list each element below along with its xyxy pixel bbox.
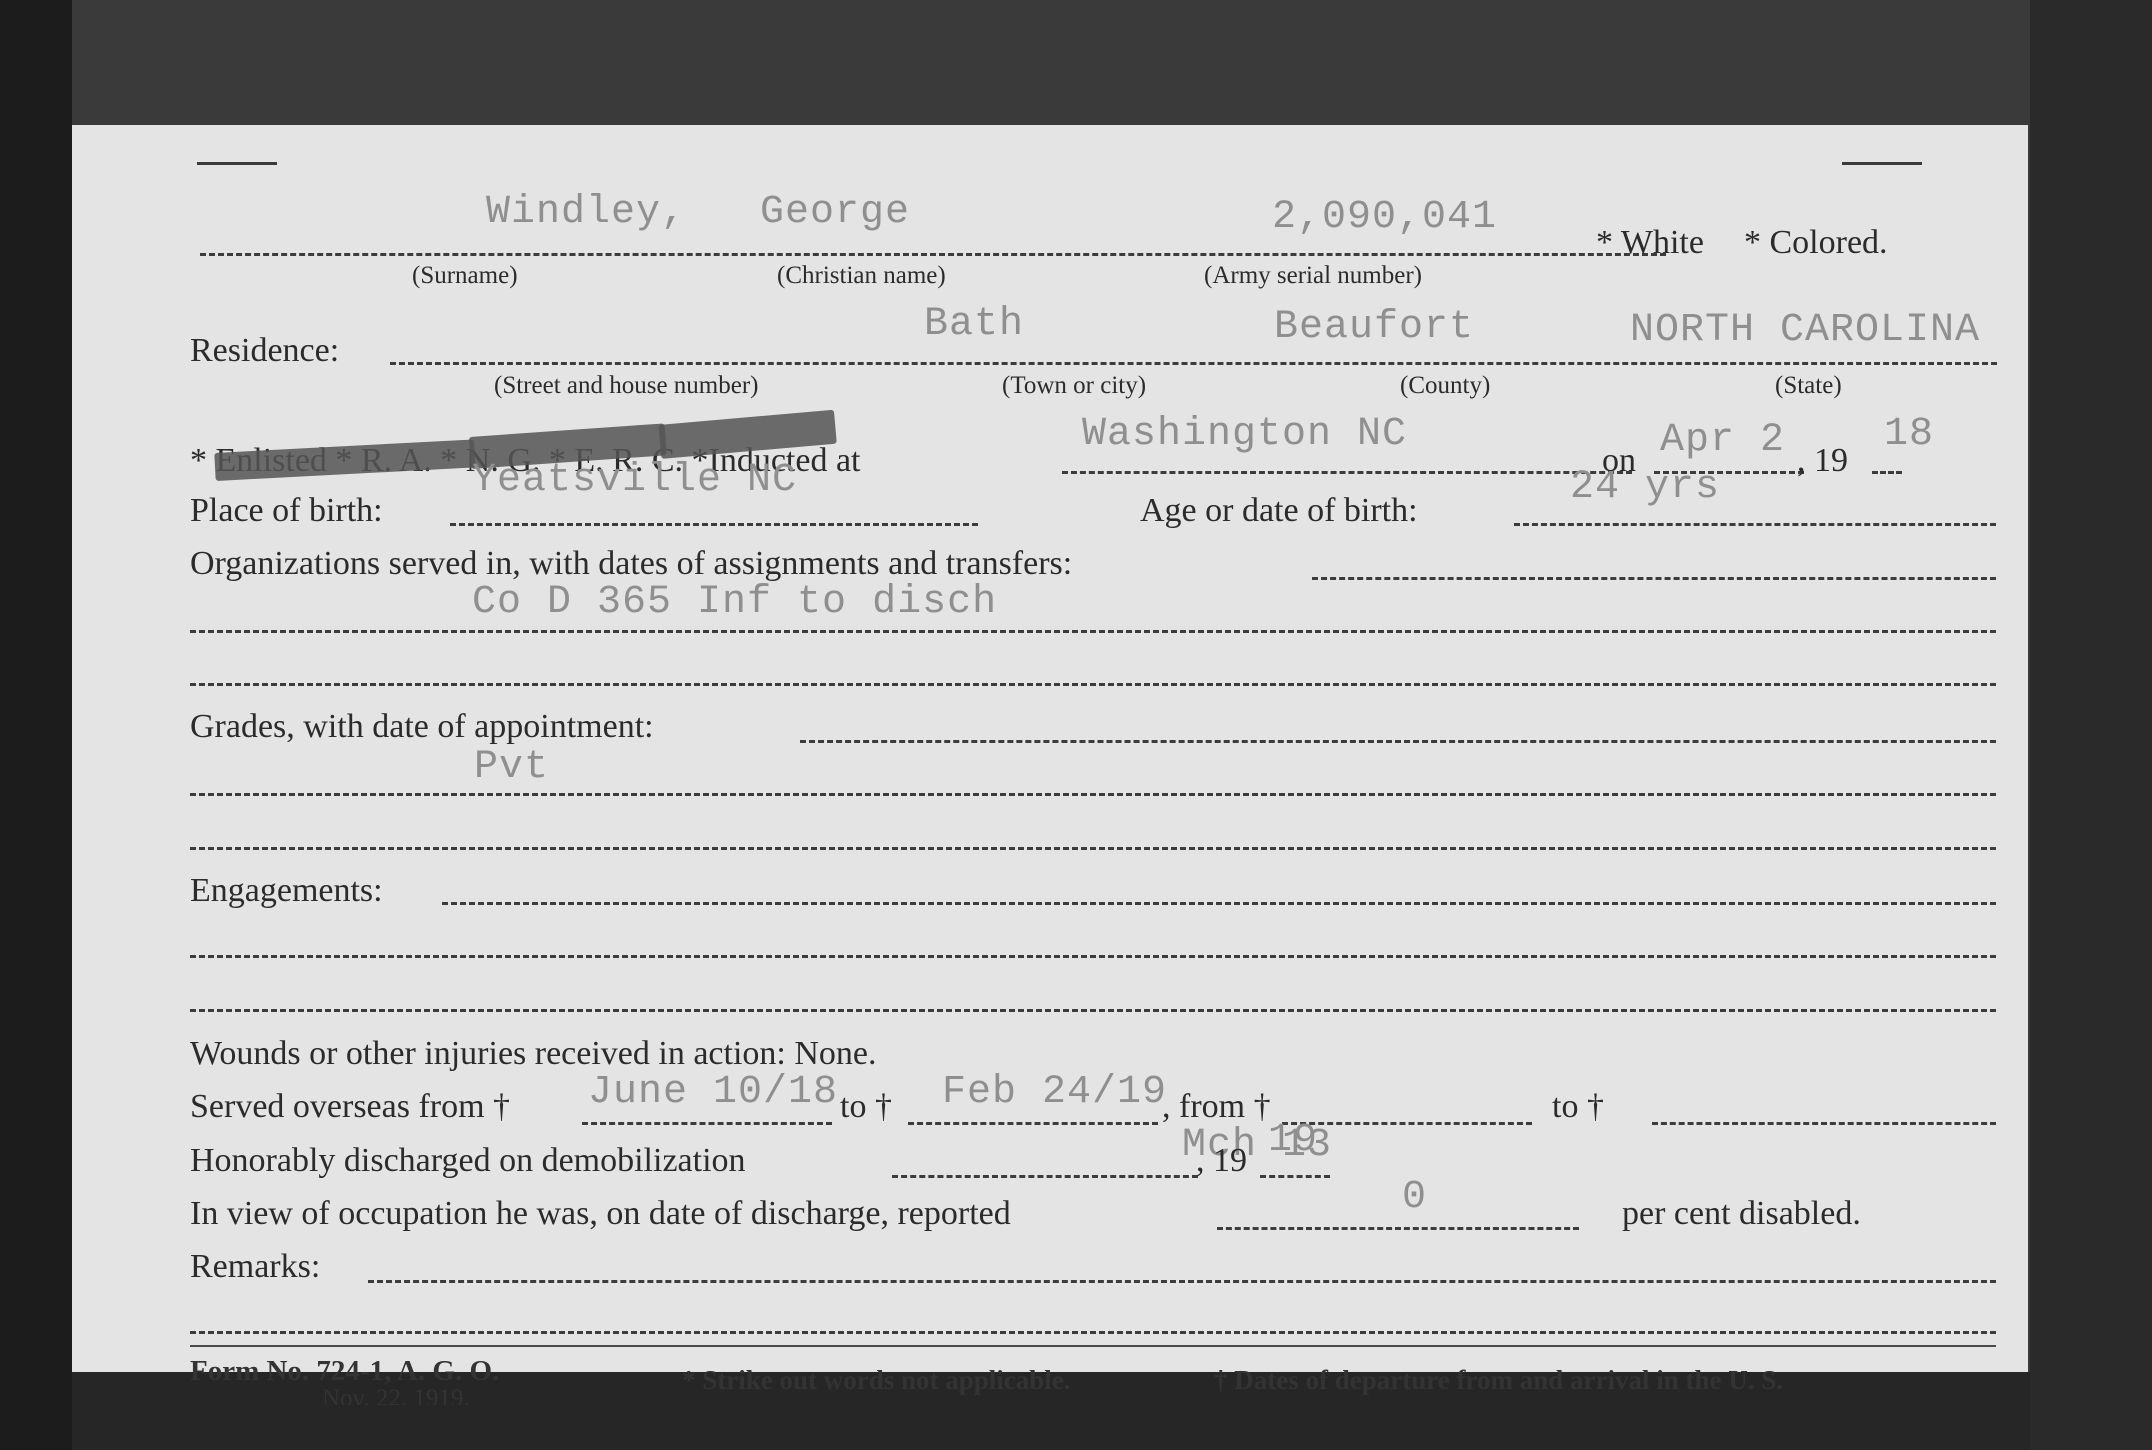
age-value: 24 yrs (1570, 465, 1720, 510)
induction-date: Apr 2 (1660, 418, 1785, 463)
street-caption: (Street and house number) (494, 372, 759, 400)
discharge-year-line (1260, 1175, 1330, 1178)
service-record-card: Windley, George 2,090,041 * White * Colo… (72, 125, 2028, 1372)
grades-label: Grades, with date of appointment: (190, 708, 654, 746)
grades-line (800, 740, 1996, 743)
organizations-line (190, 683, 1996, 686)
overseas-arrival-1: Feb 24/19 (942, 1070, 1167, 1115)
residence-county: Beaufort (1274, 305, 1474, 350)
serial-caption: (Army serial number) (1204, 262, 1422, 290)
overseas-from-label-2: , from † (1162, 1088, 1271, 1126)
engagements-line (190, 1009, 1996, 1012)
discharge-year-suffix: 19 (1268, 1118, 1318, 1163)
name-line (200, 253, 1666, 256)
overseas-departure-1: June 10/18 (588, 1070, 838, 1115)
place-of-birth-label: Place of birth: (190, 492, 383, 530)
engagements-label: Engagements: (190, 872, 383, 910)
race-white-option: * White (1596, 224, 1704, 262)
residence-line (390, 362, 1997, 365)
disability-percent: 0 (1402, 1175, 1427, 1220)
discharge-date-line (892, 1175, 1198, 1178)
top-right-mark (1842, 162, 1922, 165)
overseas-to-line-2 (1652, 1122, 1996, 1125)
overseas-to-label-2: to † (1552, 1088, 1604, 1126)
wounds-label: Wounds or other injuries received in act… (190, 1035, 877, 1073)
surname-value: Windley, (486, 190, 686, 235)
scan-right-edge (2030, 0, 2152, 1450)
discharge-label: Honorably discharged on demobilization (190, 1142, 746, 1180)
remarks-line (190, 1331, 1996, 1334)
disability-line (1217, 1227, 1579, 1230)
race-colored-option: * Colored. (1744, 224, 1888, 262)
induction-year-prefix: , 19 (1797, 442, 1848, 480)
discharge-year-prefix: , 19 (1196, 1142, 1247, 1180)
engagements-line (442, 902, 1996, 905)
surname-caption: (Surname) (412, 262, 518, 290)
county-caption: (County) (1400, 372, 1490, 400)
inducted-at-value: Washington NC (1082, 412, 1407, 457)
place-of-birth-value: Yeatsville NC (472, 458, 797, 503)
remarks-label: Remarks: (190, 1248, 320, 1286)
induction-year-line (1872, 471, 1902, 474)
residence-label: Residence: (190, 332, 339, 370)
serial-number-value: 2,090,041 (1272, 195, 1497, 240)
christian-name-caption: (Christian name) (777, 262, 946, 290)
footer-rule (190, 1345, 1996, 1347)
age-line (1514, 523, 1996, 526)
scan-left-edge (0, 0, 72, 1450)
footnote-dates: † Dates of departure from and arrival in… (1214, 1365, 1783, 1396)
grade-entry: Pvt (474, 745, 549, 790)
town-caption: (Town or city) (1002, 372, 1146, 400)
disability-label: In view of occupation he was, on date of… (190, 1195, 1011, 1233)
grades-line (190, 793, 1996, 796)
induction-year-suffix: 18 (1884, 412, 1934, 457)
organizations-label: Organizations served in, with dates of a… (190, 545, 1072, 583)
footnote-strike-out: * Strike out words not applicable. (682, 1365, 1071, 1396)
served-overseas-label: Served overseas from † (190, 1088, 510, 1126)
grades-line (190, 847, 1996, 850)
remarks-line (368, 1280, 1996, 1283)
place-of-birth-line (450, 523, 978, 526)
disability-suffix: per cent disabled. (1622, 1195, 1861, 1233)
organizations-line (1312, 577, 1996, 580)
overseas-to-line (908, 1122, 1158, 1125)
age-label: Age or date of birth: (1140, 492, 1418, 530)
overseas-from-line (582, 1122, 832, 1125)
residence-town: Bath (924, 302, 1024, 347)
residence-state: NORTH CAROLINA (1630, 308, 1980, 353)
top-left-mark (197, 162, 277, 165)
overseas-to-label: to † (840, 1088, 892, 1126)
form-date: Nov. 22, 1919. (322, 1385, 470, 1405)
engagements-line (190, 955, 1996, 958)
christian-name-value: George (760, 190, 910, 235)
organizations-line (190, 630, 1996, 633)
form-number: Form No. 724-1, A. G. O. (190, 1355, 499, 1388)
inducted-at-line (1062, 471, 1632, 474)
state-caption: (State) (1775, 372, 1842, 400)
organization-entry: Co D 365 Inf to disch (472, 580, 997, 625)
